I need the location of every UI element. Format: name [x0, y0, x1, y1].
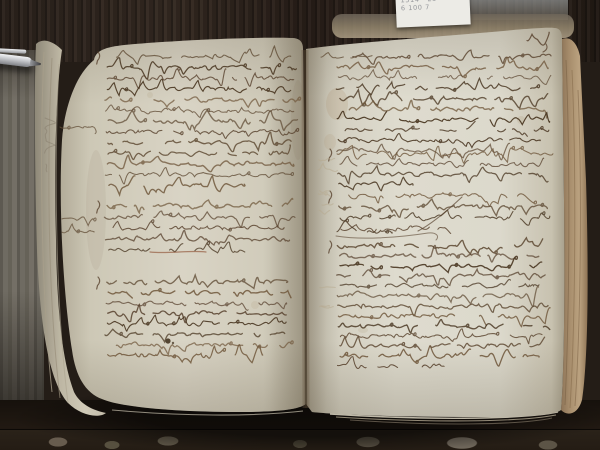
photo-open-manuscript: 1514 · 25 6 100 7: [0, 0, 600, 450]
gutter-crease: [305, 50, 306, 408]
pen: [0, 43, 50, 82]
pen-barrel: [0, 53, 33, 68]
right-fore-edge: [561, 38, 588, 413]
archival-tag: 1514 · 25 6 100 7: [395, 0, 470, 28]
manuscript-book: [0, 0, 600, 450]
pen-clip: [0, 48, 26, 54]
ink-blot: [172, 342, 174, 344]
pen-tip: [30, 59, 42, 67]
ink-blot: [165, 338, 170, 343]
